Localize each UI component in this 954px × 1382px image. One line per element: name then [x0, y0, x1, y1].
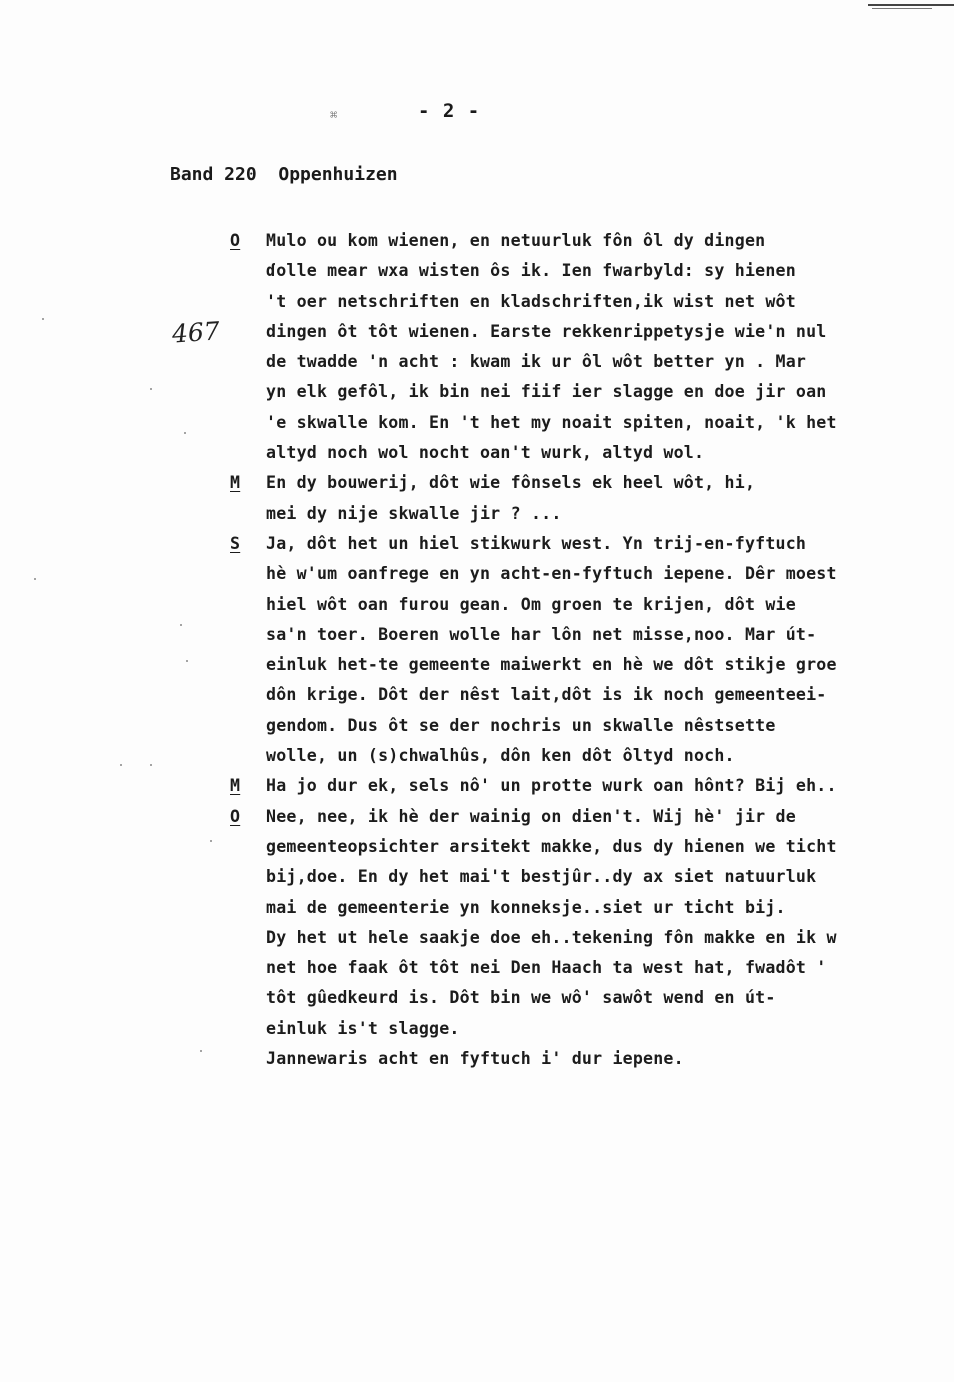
line-text: Ja, dôt het un hiel stikwurk west. Yn tr… [266, 529, 806, 559]
speaker-label: M [230, 771, 250, 801]
scan-speck [150, 388, 152, 390]
line-text: Mulo ou kom wienen, en netuurluk fôn ôl … [266, 226, 765, 256]
line-text: gendom. Dus ôt se der nochris un skwalle… [266, 711, 776, 741]
transcript-line: sa'n toer. Boeren wolle har lôn net miss… [230, 620, 954, 650]
scan-speck [184, 432, 186, 434]
transcript-line: wolle, un (s)chwalhûs, dôn ken dôt ôltyd… [230, 741, 954, 771]
transcript-line: dingen ôt tôt wienen. Earste rekkenrippe… [230, 317, 954, 347]
scan-speck [180, 624, 182, 626]
transcript-line: ɗolle mear wxa wisten ôs ik. Ien fwarbyl… [230, 256, 954, 286]
line-text: einluk het-te gemeente maiwerkt en hè we… [266, 650, 837, 680]
line-text: dingen ôt tôt wienen. Earste rekkenrippe… [266, 317, 826, 347]
line-text: 'e skwalle kom. En 't het my noait spite… [266, 408, 837, 438]
line-text: de twadde 'n acht : kwam ik ur ôl wôt be… [266, 347, 806, 377]
transcript-line: 'e skwalle kom. En 't het my noait spite… [230, 408, 954, 438]
transcript-line: 't oer netschriften en kladschriften,ik … [230, 287, 954, 317]
transcript-line: einluk is't slagge. [230, 1014, 954, 1044]
transcript-line: net hoe faak ôt tôt nei Den Haach ta wes… [230, 953, 954, 983]
scan-speck [200, 1050, 202, 1052]
transcript-body: OMulo ou kom wienen, en netuurluk fôn ôl… [230, 226, 954, 1074]
transcript-line: tôt gûedkeurd is. Dôt bin we wô' sawôt w… [230, 983, 954, 1013]
scan-speck [210, 840, 212, 842]
scan-speck [186, 660, 188, 662]
line-text: Jannewaris acht en fyftuch i' dur iepene… [266, 1044, 684, 1074]
speaker-label: O [230, 802, 250, 832]
speaker-label: S [230, 529, 250, 559]
line-text: En dy bouwerij, dôt wie fônsels ek heel … [266, 468, 755, 498]
scan-edge-mark [868, 4, 954, 12]
transcript-line: hiel wôt oan furou gean. Om groen te kri… [230, 590, 954, 620]
scan-edge-line [872, 8, 932, 9]
line-text: Nee, nee, ik hè der wainig on dien't. Wi… [266, 802, 796, 832]
transcript-line: mei dy nije skwalle jir ? ... [230, 499, 954, 529]
transcript-line: mai de gemeenterie yn konneksje..siet ur… [230, 893, 954, 923]
handwritten-margin-number: 467 [171, 316, 221, 348]
line-text: dôn krige. Dôt der nêst lait,dôt is ik n… [266, 680, 826, 710]
scan-edge-line [868, 4, 954, 6]
transcript-line: bij,doe. En dy het mai't bestjûr..dy ax … [230, 862, 954, 892]
line-text: bij,doe. En dy het mai't bestjûr..dy ax … [266, 862, 816, 892]
transcript-line: MEn dy bouwerij, dôt wie fônsels ek heel… [230, 468, 954, 498]
line-text: wolle, un (s)chwalhûs, dôn ken dôt ôltyd… [266, 741, 735, 771]
document-page: ⌘ - 2 - Band 220 Oppenhuizen 467 OMulo o… [0, 0, 954, 1382]
line-text: mai de gemeenterie yn konneksje..siet ur… [266, 893, 786, 923]
line-text: einluk is't slagge. [266, 1014, 460, 1044]
transcript-line: Jannewaris acht en fyftuch i' dur iepene… [230, 1044, 954, 1074]
transcript-line: OMulo ou kom wienen, en netuurluk fôn ôl… [230, 226, 954, 256]
line-text: yn elk gefôl, ik bin nei fiif ier slagge… [266, 377, 826, 407]
transcript-line: MHa jo dur ek, sels nô' un protte wurk o… [230, 771, 954, 801]
transcript-line: gemeenteopsichter arsitekt makke, dus dy… [230, 832, 954, 862]
line-text: mei dy nije skwalle jir ? ... [266, 499, 562, 529]
line-text: Dy het ut hele saakje doe eh..tekening f… [266, 923, 837, 953]
line-text: hè w'um oanfrege en yn acht-en-fyftuch i… [266, 559, 837, 589]
line-text: gemeenteopsichter arsitekt makke, dus dy… [266, 832, 837, 862]
transcript-line: einluk het-te gemeente maiwerkt en hè we… [230, 650, 954, 680]
transcript-line: SJa, dôt het un hiel stikwurk west. Yn t… [230, 529, 954, 559]
speaker-label: O [230, 226, 250, 256]
transcript-line: yn elk gefôl, ik bin nei fiif ier slagge… [230, 377, 954, 407]
line-text: 't oer netschriften en kladschriften,ik … [266, 287, 796, 317]
transcript-line: dôn krige. Dôt der nêst lait,dôt is ik n… [230, 680, 954, 710]
transcript-line: de twadde 'n acht : kwam ik ur ôl wôt be… [230, 347, 954, 377]
scan-speck [34, 578, 36, 580]
stamp-icon: ⌘ [330, 108, 337, 122]
line-text: net hoe faak ôt tôt nei Den Haach ta wes… [266, 953, 826, 983]
document-header: Band 220 Oppenhuizen [170, 164, 398, 185]
line-text: hiel wôt oan furou gean. Om groen te kri… [266, 590, 796, 620]
scan-speck [120, 764, 122, 766]
transcript-line: Dy het ut hele saakje doe eh..tekening f… [230, 923, 954, 953]
speaker-label: M [230, 468, 250, 498]
scan-speck [42, 318, 44, 320]
line-text: ɗolle mear wxa wisten ôs ik. Ien fwarbyl… [266, 256, 796, 286]
page-number: - 2 - [418, 100, 480, 122]
scan-speck [150, 764, 152, 766]
transcript-line: hè w'um oanfrege en yn acht-en-fyftuch i… [230, 559, 954, 589]
transcript-line: altyd noch wol nocht oan't wurk, altyd w… [230, 438, 954, 468]
line-text: Ha jo dur ek, sels nô' un protte wurk oa… [266, 771, 837, 801]
transcript-line: gendom. Dus ôt se der nochris un skwalle… [230, 711, 954, 741]
line-text: sa'n toer. Boeren wolle har lôn net miss… [266, 620, 816, 650]
line-text: altyd noch wol nocht oan't wurk, altyd w… [266, 438, 704, 468]
line-text: tôt gûedkeurd is. Dôt bin we wô' sawôt w… [266, 983, 776, 1013]
transcript-line: ONee, nee, ik hè der wainig on dien't. W… [230, 802, 954, 832]
